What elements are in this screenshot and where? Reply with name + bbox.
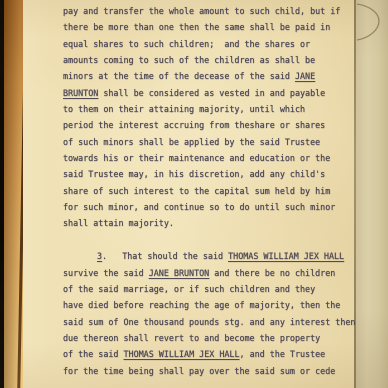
document-line: period the interest accruing from thesha… <box>63 117 383 133</box>
document-line: BRUNTON shall be considered as vested in… <box>63 85 383 101</box>
document-line: for such minor, and continue so to do un… <box>63 199 383 215</box>
text-segment: to them on their attaining majority, unt… <box>63 104 305 114</box>
text-segment: amounts coming to such of the children a… <box>63 55 315 65</box>
document-line: for the time being shall pay over the sa… <box>63 363 383 379</box>
text-segment: there be more than one then the same sha… <box>63 22 330 32</box>
document-line: there be more than one then the same sha… <box>63 19 383 35</box>
document-line: said Trustee may, in his discretion, add… <box>63 166 383 182</box>
document-line: of such minors shall be applied by the s… <box>63 134 383 150</box>
text-segment: pay and transfer the whole amount to suc… <box>63 6 340 16</box>
document-line: to them on their attaining majority, unt… <box>63 101 383 117</box>
text-segment: have died before reaching the age of maj… <box>63 300 340 310</box>
text-segment: for the time being shall pay over the sa… <box>63 366 335 376</box>
document-line: have died before reaching the age of maj… <box>63 297 383 313</box>
document-line: pay and transfer the whole amount to suc… <box>63 3 383 19</box>
underlined-text: THOMAS WILLIAM JEX HALL <box>228 251 344 261</box>
text-segment: equal shares to such children; and the s… <box>63 39 310 49</box>
document-line: survive the said JANE BRUNTON and there … <box>63 265 383 281</box>
document-line: due thereon shall revert to and become t… <box>63 330 383 346</box>
text-segment: said Trustee may, in his discretion, add… <box>63 169 325 179</box>
document-lines: pay and transfer the whole amount to suc… <box>63 3 383 379</box>
text-segment: due thereon shall revert to and become t… <box>63 333 320 343</box>
document-line: shall attain majority. <box>63 215 383 231</box>
document-line: said sum of One thousand pounds stg. and… <box>63 314 383 330</box>
text-segment: shall attain majority. <box>63 218 174 228</box>
document-line: minors at the time of the decease of the… <box>63 68 383 84</box>
text-segment: for such minor, and continue so to do un… <box>63 202 335 212</box>
text-segment: of the said marriage, or if such childre… <box>63 284 315 294</box>
document-line: of the said THOMAS WILLIAM JEX HALL, and… <box>63 346 383 362</box>
text-segment: survive the said <box>63 268 149 278</box>
underlined-text: THOMAS WILLIAM JEX HALL <box>124 349 240 359</box>
underlined-text: BRUNTON <box>63 88 98 98</box>
document-line <box>63 232 383 248</box>
text-segment: shall be considered as vested in and pay… <box>98 88 325 98</box>
scanned-document-page: pay and transfer the whole amount to suc… <box>0 0 388 388</box>
text-segment: minors at the time of the decease of the… <box>63 71 295 81</box>
underlined-text: JANE BRUNTON <box>149 268 210 278</box>
text-segment: towards his or their maintenance and edu… <box>63 153 330 163</box>
text-segment: , and the Trustee <box>240 349 326 359</box>
document-line: 3. That should the said THOMAS WILLIAM J… <box>63 248 383 264</box>
document-line: equal shares to such children; and the s… <box>63 36 383 52</box>
text-segment: period the interest accruing from thesha… <box>63 120 325 130</box>
text-segment: said sum of One thousand pounds stg. and… <box>63 317 355 327</box>
text-segment: . That should the said <box>102 251 228 261</box>
text-segment: share of such interest to the capital su… <box>63 186 330 196</box>
document-line: share of such interest to the capital su… <box>63 183 383 199</box>
underlined-text: JANE <box>295 71 315 81</box>
document-line: amounts coming to such of the children a… <box>63 52 383 68</box>
text-segment: of such minors shall be applied by the s… <box>63 137 320 147</box>
document-line: of the said marriage, or if such childre… <box>63 281 383 297</box>
text-segment: of the said <box>63 349 124 359</box>
document-line: towards his or their maintenance and edu… <box>63 150 383 166</box>
text-segment: and there be no children <box>209 268 335 278</box>
